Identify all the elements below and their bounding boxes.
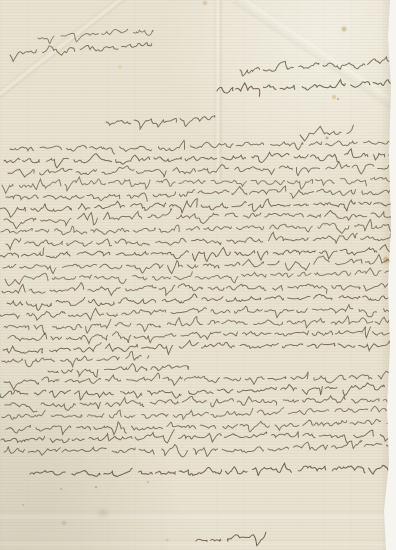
- body-line: [1, 430, 395, 443]
- body-line: [7, 326, 391, 343]
- stain-spot: [95, 486, 97, 488]
- stain-spot: [60, 488, 61, 489]
- salutation-line: [216, 80, 391, 97]
- body-line: [1, 283, 388, 296]
- body-line: [2, 406, 396, 419]
- salutation-line: [239, 57, 390, 76]
- manuscript-letter-photo: [0, 0, 396, 550]
- body-line: [7, 162, 389, 178]
- body-line: [3, 371, 393, 389]
- body-line: [3, 209, 393, 229]
- annotation-line: [9, 43, 152, 62]
- body-line: [3, 149, 395, 168]
- stain-spot: [337, 98, 339, 100]
- stain-spot: [62, 521, 66, 525]
- letter-paper: [0, 0, 396, 550]
- stain-spot: [332, 95, 336, 99]
- body-line: [1, 177, 395, 193]
- body-line: [1, 352, 149, 367]
- stain-spot: [166, 539, 169, 542]
- body-line: [9, 140, 392, 154]
- stain-spot: [22, 504, 23, 505]
- body-line: [5, 419, 392, 434]
- body-line: [0, 304, 393, 320]
- dateline: [105, 116, 215, 129]
- body-line: [4, 395, 393, 412]
- signature-dash: [196, 539, 228, 541]
- stain-spot: [326, 137, 329, 140]
- body-line: [4, 268, 393, 286]
- paper-edge-shadow: [380, 0, 396, 550]
- stain-spot: [99, 510, 108, 516]
- body-line: [0, 383, 395, 400]
- closing-line: [30, 463, 394, 476]
- handwritten-text-upside-down: [0, 29, 396, 545]
- signature-word: [227, 532, 266, 546]
- body-line: [0, 245, 396, 262]
- stain-spot: [118, 65, 122, 69]
- body-line: [6, 294, 394, 310]
- annotation-line: [37, 29, 153, 43]
- body-line: [1, 220, 396, 235]
- body-line: [5, 186, 393, 201]
- stain-spot: [203, 1, 207, 5]
- stain-spot: [147, 481, 149, 483]
- paragraph-end-line: [47, 364, 189, 378]
- body-line: [2, 341, 390, 355]
- body-line: [3, 441, 391, 457]
- handwriting-layer: [0, 0, 396, 550]
- stain-spots: [22, 1, 388, 542]
- stain-spot: [342, 27, 347, 32]
- body-line: [2, 255, 395, 274]
